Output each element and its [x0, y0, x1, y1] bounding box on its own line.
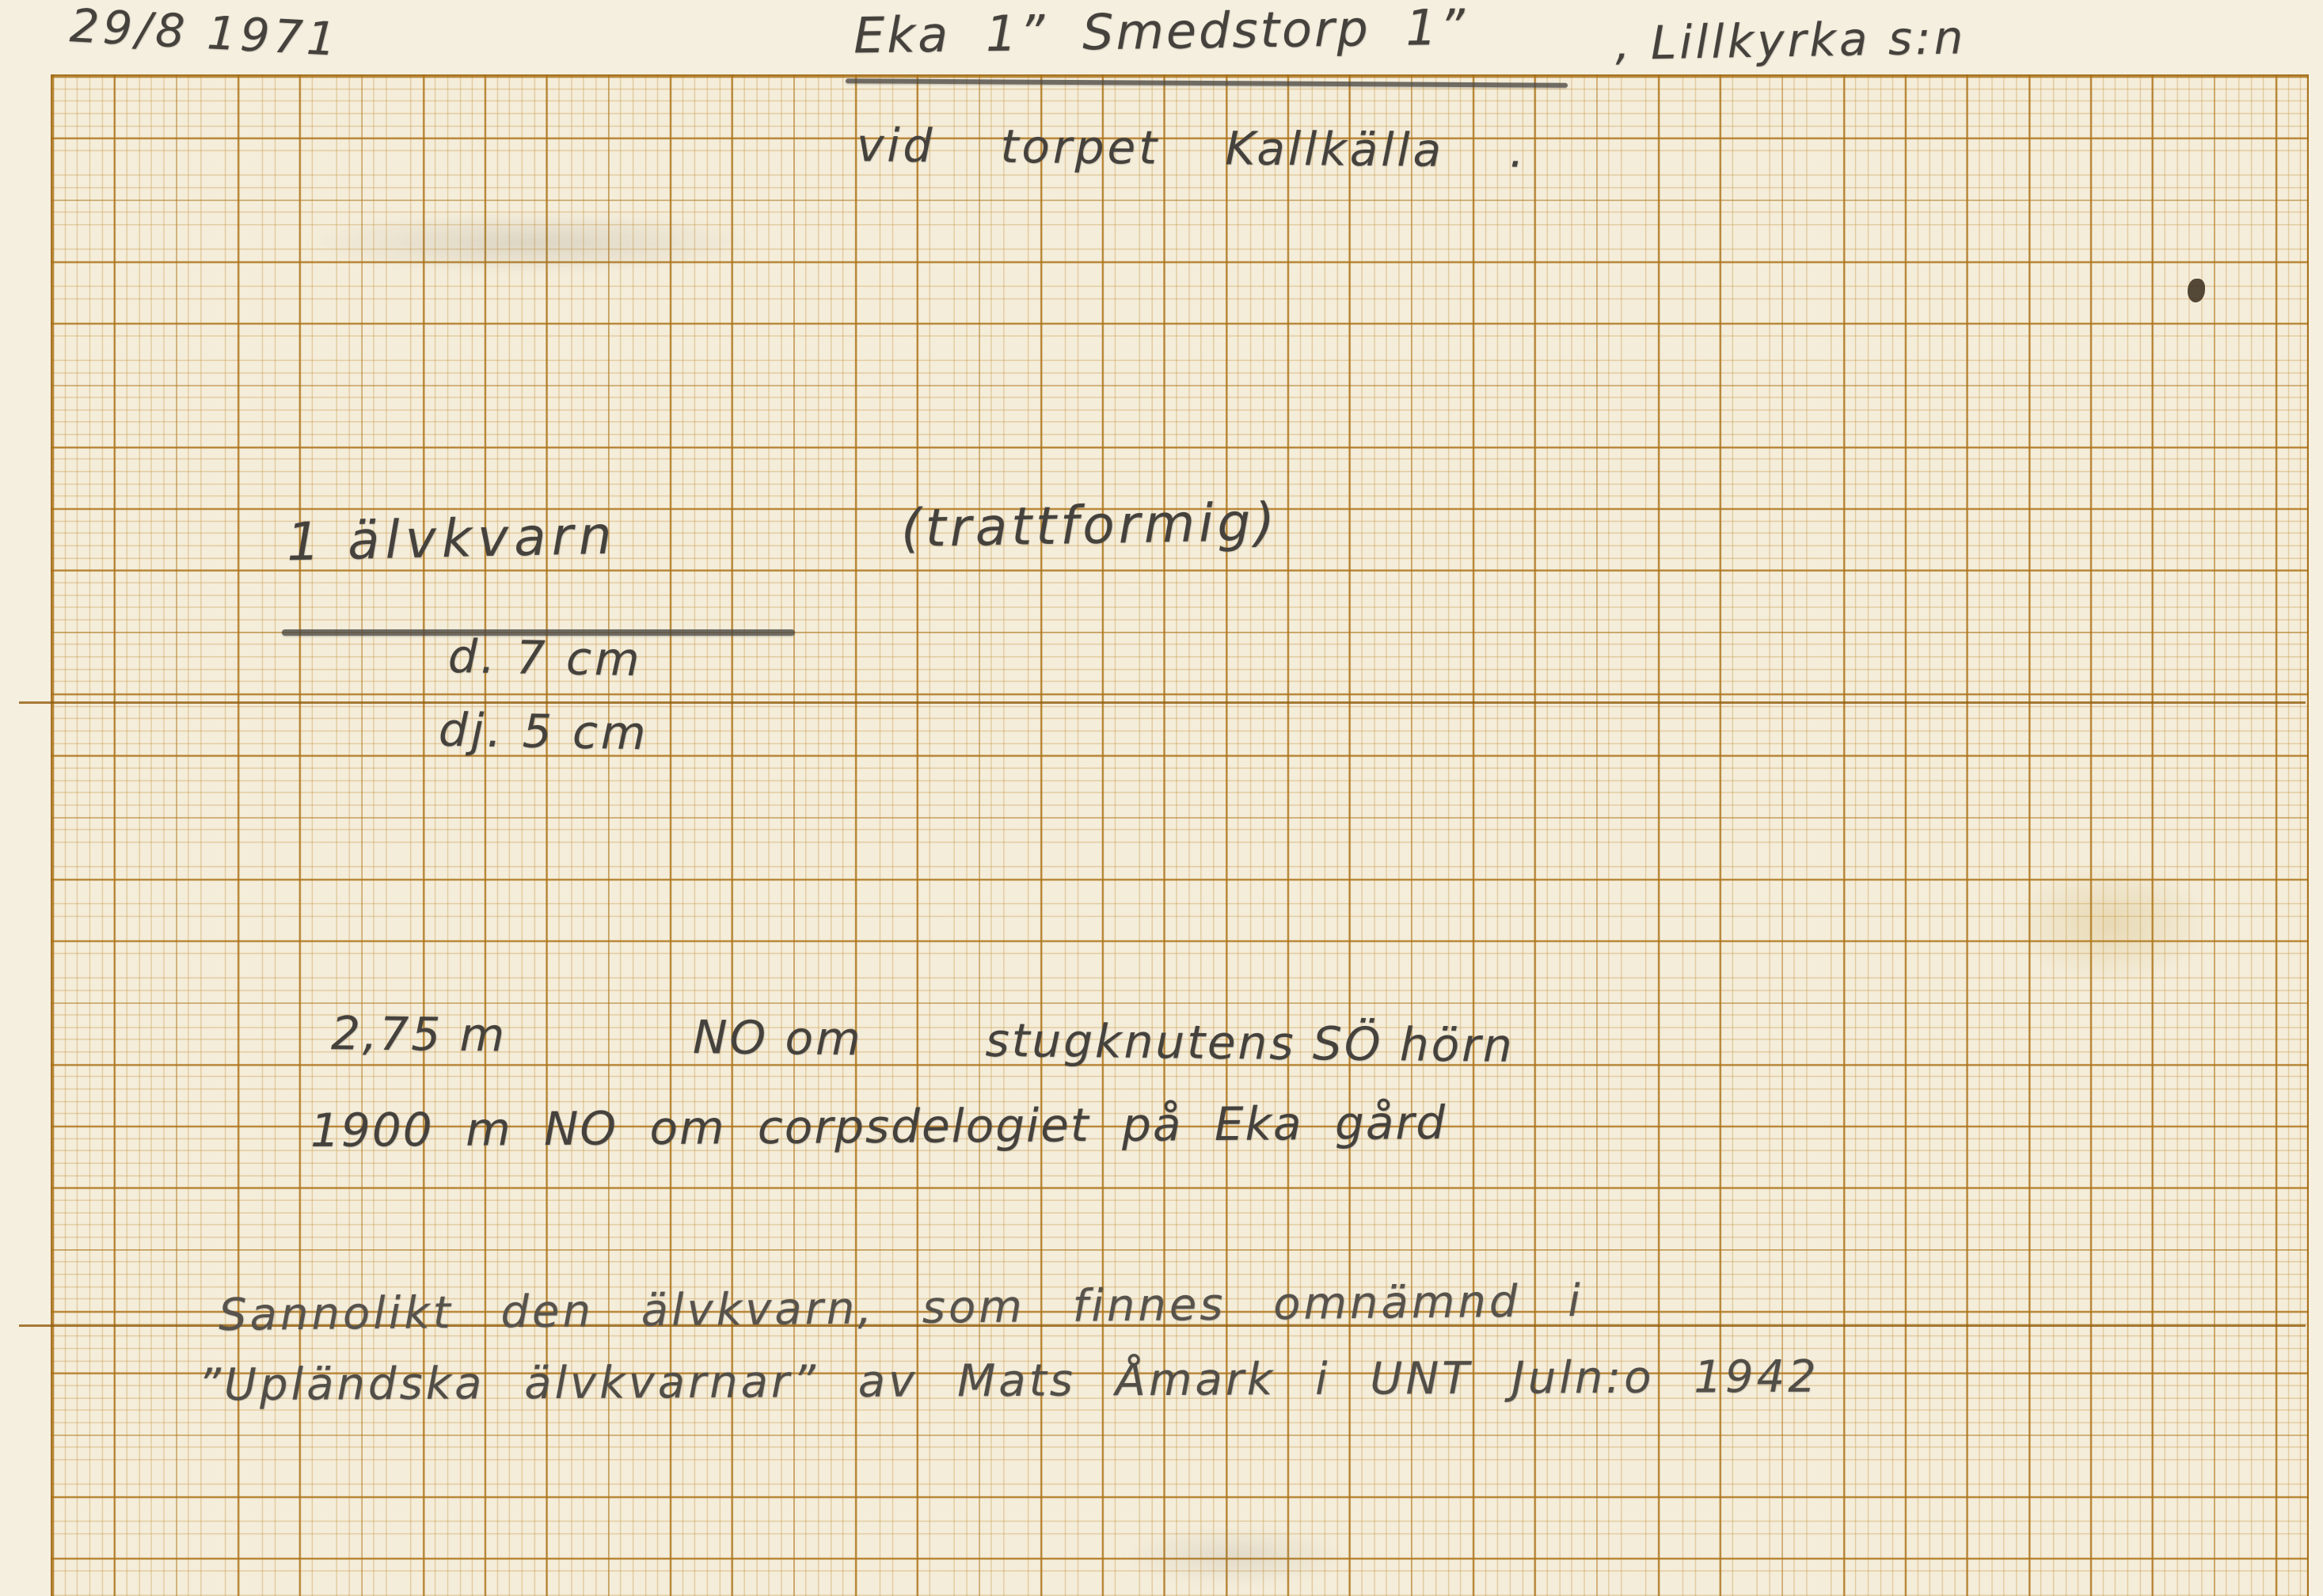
date-annotation: 29/8 1971	[69, 1, 341, 66]
location-reference: stugknutens SÖ hörn	[985, 1013, 1515, 1073]
parish-label: , Lillkyrka s:n	[1614, 13, 1966, 70]
location-line-2: 1900 m NO om corpsdelogiet på Eka gård	[310, 1098, 1447, 1157]
feature-shape-note: (trattformig)	[900, 494, 1279, 558]
graph-paper-page: 29/8 1971 Eka 1” Smedstorp 1” , Lillkyrk…	[0, 0, 2323, 1596]
depth-measurement: dj. 5 cm	[438, 705, 649, 759]
location-direction: NO om	[693, 1010, 863, 1066]
diameter-measurement: d. 7 cm	[447, 632, 642, 686]
location-distance: 2,75 m	[331, 1006, 508, 1062]
site-title: Eka 1” Smedstorp 1”	[854, 1, 1468, 63]
place-subtitle: vid torpet Kallkälla .	[857, 120, 1527, 177]
remark-line-2: ”Upländska älvkvarnar” av Mats Åmark i U…	[198, 1353, 1819, 1410]
grid-index-line-upper	[19, 701, 2306, 704]
feature-heading: 1 älvkvarn	[286, 507, 618, 572]
